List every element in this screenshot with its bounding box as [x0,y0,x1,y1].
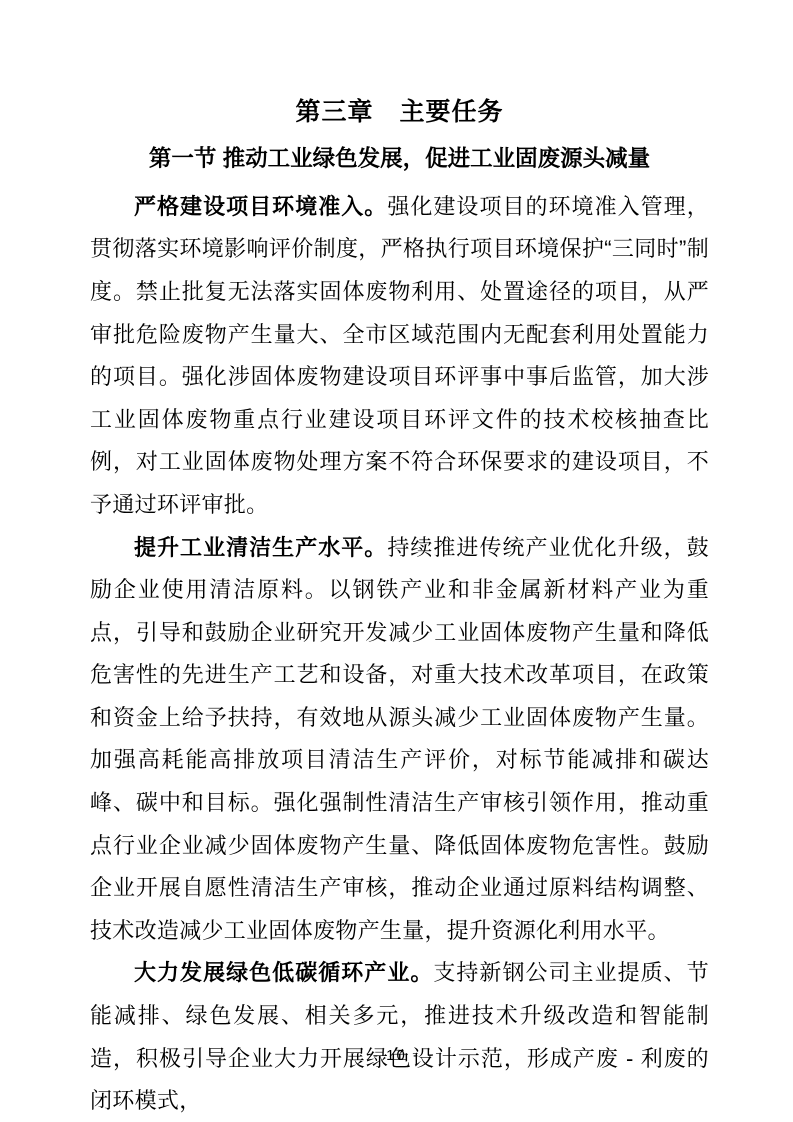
paragraph-lead: 提升工业清洁生产水平。 [134,535,387,560]
paragraph-green-low-carbon: 大力发展绿色低碳循环产业。支持新钢公司主业提质、节能减排、绿色发展、相关多元，推… [90,952,709,1122]
paragraph-lead: 大力发展绿色低碳循环产业。 [134,960,433,985]
paragraph-environment-access: 严格建设项目环境准入。强化建设项目的环境准入管理，贯彻落实环境影响评价制度，严格… [90,186,709,527]
section-title: 第一节 推动工业绿色发展，促进工业固废源头减量 [90,144,709,173]
document-page: 第三章 主要任务 第一节 推动工业绿色发展，促进工业固废源头减量 严格建设项目环… [0,0,793,1122]
paragraph-body: 强化建设项目的环境准入管理，贯彻落实环境影响评价制度，严格执行项目环境保护“三同… [90,194,709,517]
paragraph-clean-production: 提升工业清洁生产水平。持续推进传统产业优化升级，鼓励企业使用清洁原料。以钢铁产业… [90,527,709,953]
paragraph-lead: 严格建设项目环境准入。 [134,194,387,219]
page-number: - 10 - [0,1047,793,1064]
chapter-title: 第三章 主要任务 [90,96,709,129]
document-body: 严格建设项目环境准入。强化建设项目的环境准入管理，贯彻落实环境影响评价制度，严格… [90,186,709,1122]
paragraph-body: 持续推进传统产业优化升级，鼓励企业使用清洁原料。以钢铁产业和非金属新材料产业为重… [90,535,709,943]
